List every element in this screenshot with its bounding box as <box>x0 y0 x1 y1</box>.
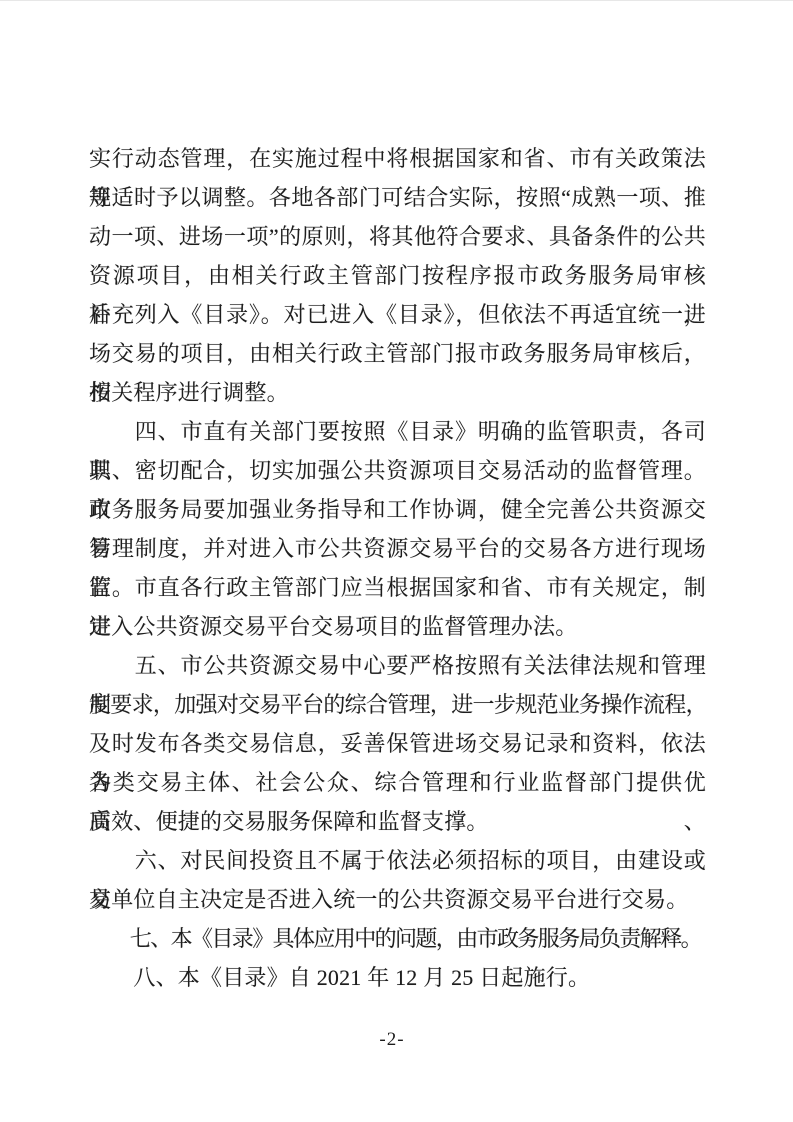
document-page: 实行动态管理，在实施过程中将根据国家和省、市有关政策法规 等适时予以调整。各地各… <box>0 0 793 1122</box>
text-line: 度要求，加强对交易平台的综合管理，进一步规范业务操作流程， <box>89 685 706 724</box>
text-line: 职、密切配合，切实加强公共资源项目交易活动的监督管理。市 <box>89 451 706 490</box>
text-line: 各类交易主体、社会公众、综合管理和行业监督部门提供优质、 <box>89 763 706 802</box>
text-line: 动一项、进场一项”的原则，将其他符合要求、具备条件的公共 <box>89 217 706 256</box>
text-line: 六、对民间投资且不属于依法必须招标的项目，由建设或交 <box>89 841 706 880</box>
text-line: 四、市直有关部门要按照《目录》明确的监管职责，各司其 <box>89 412 706 451</box>
text-line: 管。市直各行政主管部门应当根据国家和省、市有关规定，制定 <box>89 568 706 607</box>
text-line: 及时发布各类交易信息，妥善保管进场交易记录和资料，依法为 <box>89 724 706 763</box>
text-line: 实行动态管理，在实施过程中将根据国家和省、市有关政策法规 <box>89 139 706 178</box>
text-line: 进入公共资源交易平台交易项目的监督管理办法。 <box>89 607 706 646</box>
text-line: 补充列入《目录》。对已进入《目录》，但依法不再适宜统一进 <box>89 295 706 334</box>
text-line: 七、本《目录》具体应用中的问题，由市政务服务局负责解释。 <box>89 919 706 958</box>
text-line: 等适时予以调整。各地各部门可结合实际，按照“成熟一项、推 <box>89 178 706 217</box>
text-line: 资源项目，由相关行政主管部门按程序报市政务服务局审核后， <box>89 256 706 295</box>
text-line: 相关程序进行调整。 <box>89 373 706 412</box>
text-line: 五、市公共资源交易中心要严格按照有关法律法规和管理制 <box>89 646 706 685</box>
text-line: 场交易的项目，由相关行政主管部门报市政务服务局审核后，按 <box>89 334 706 373</box>
page-number: -2- <box>0 1025 784 1055</box>
text-line: 管理制度，并对进入市公共资源交易平台的交易各方进行现场监 <box>89 529 706 568</box>
text-line: 易单位自主决定是否进入统一的公共资源交易平台进行交易。 <box>89 880 706 919</box>
text-line: 政务服务局要加强业务指导和工作协调，健全完善公共资源交易 <box>89 490 706 529</box>
text-line: 八、本《目录》自 2021 年 12 月 25 日起施行。 <box>89 958 706 997</box>
document-body: 实行动态管理，在实施过程中将根据国家和省、市有关政策法规 等适时予以调整。各地各… <box>89 139 706 997</box>
